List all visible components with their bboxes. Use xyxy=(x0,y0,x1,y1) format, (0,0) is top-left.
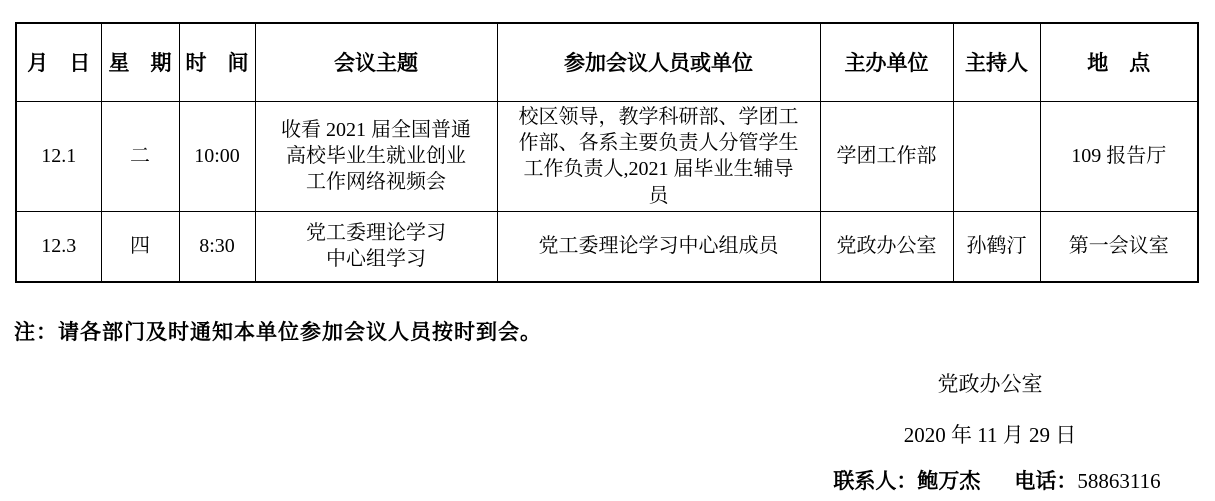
cell-topic: 党工委理论学习 中心组学习 xyxy=(255,212,497,282)
cell-weekday: 四 xyxy=(101,212,179,282)
cell-topic: 收看 2021 届全国普通 高校毕业生就业创业 工作网络视频会 xyxy=(255,101,497,212)
table-row: 12.1 二 10:00 收看 2021 届全国普通 高校毕业生就业创业 工作网… xyxy=(16,101,1198,212)
cell-moderator xyxy=(953,101,1040,212)
meeting-schedule-table: 月 日 星 期 时 间 会议主题 参加会议人员或单位 主办单位 主持人 地 点 … xyxy=(15,22,1199,283)
header-cell-participants: 参加会议人员或单位 xyxy=(497,23,820,101)
cell-participants: 校区领导，教学科研部、学团工 作部、各系主要负责人分管学生 工作负责人,2021… xyxy=(497,101,820,212)
cell-month-day: 12.3 xyxy=(16,212,101,282)
header-cell-weekday: 星 期 xyxy=(101,23,179,101)
date-text: 2020 年 11 月 29 日 xyxy=(760,419,1215,449)
header-cell-time: 时 间 xyxy=(179,23,255,101)
header-cell-location: 地 点 xyxy=(1040,23,1198,101)
header-row: 月 日 星 期 时 间 会议主题 参加会议人员或单位 主办单位 主持人 地 点 xyxy=(16,23,1198,101)
signature-text: 党政办公室 xyxy=(760,368,1215,398)
header-cell-month-day: 月 日 xyxy=(16,23,101,101)
header-cell-host: 主办单位 xyxy=(820,23,953,101)
phone-label: 电话： xyxy=(1014,469,1077,493)
cell-month-day: 12.1 xyxy=(16,101,101,212)
cell-weekday: 二 xyxy=(101,101,179,212)
cell-time: 10:00 xyxy=(179,101,255,212)
header-cell-topic: 会议主题 xyxy=(255,23,497,101)
header-cell-moderator: 主持人 xyxy=(953,23,1040,101)
cell-host: 党政办公室 xyxy=(820,212,953,282)
cell-location: 109 报告厅 xyxy=(1040,101,1198,212)
note-text: 注：请各部门及时通知本单位参加会议人员按时到会。 xyxy=(14,316,542,346)
meeting-notice-document: 月 日 星 期 时 间 会议主题 参加会议人员或单位 主办单位 主持人 地 点 … xyxy=(0,0,1215,501)
cell-location: 第一会议室 xyxy=(1040,212,1198,282)
cell-participants: 党工委理论学习中心组成员 xyxy=(497,212,820,282)
cell-time: 8:30 xyxy=(179,212,255,282)
phone-number: 58863116 xyxy=(1077,469,1160,493)
cell-host: 学团工作部 xyxy=(820,101,953,212)
table-row: 12.3 四 8:30 党工委理论学习 中心组学习 党工委理论学习中心组成员 党… xyxy=(16,212,1198,282)
contact-line: 联系人：鲍万杰电话：58863116 xyxy=(760,465,1215,495)
contact-person-text: 联系人：鲍万杰 xyxy=(833,469,980,493)
cell-moderator: 孙鹤汀 xyxy=(953,212,1040,282)
